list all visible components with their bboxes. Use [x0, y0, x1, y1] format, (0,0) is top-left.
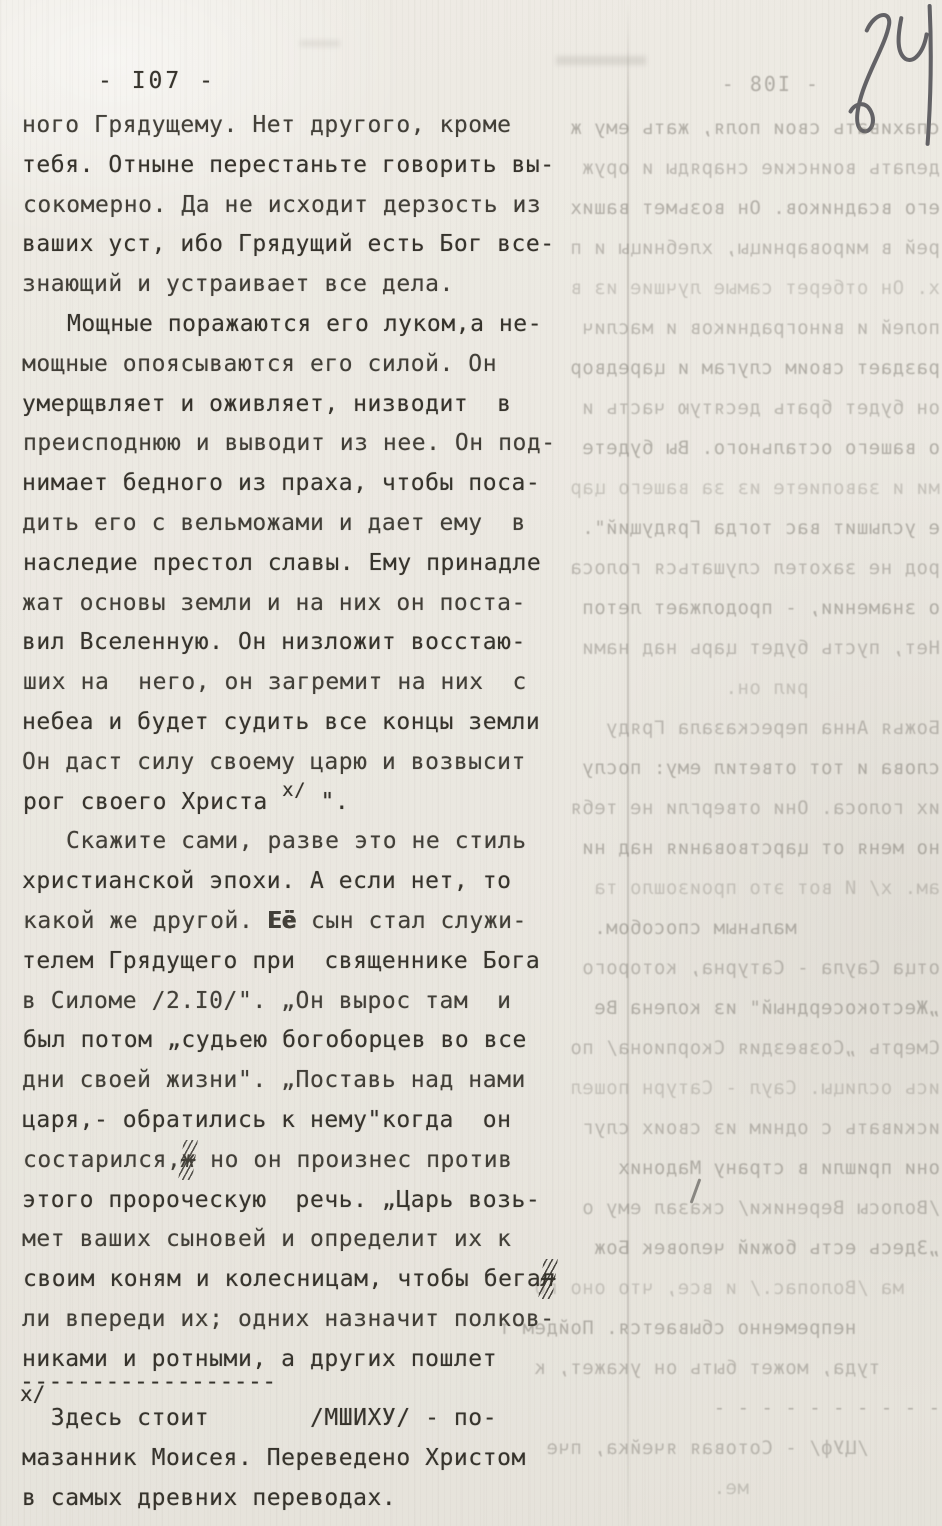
text-line: какой же другой. Её сын стал служи-	[23, 901, 603, 941]
text-line: Он даст силу своему царю и возвысит	[22, 742, 602, 782]
text-line: дить его с вельможами и дает ему в	[22, 503, 602, 543]
text-line: небеа и будет судить все концы земли	[22, 702, 602, 742]
text-line: вил Вселенную. Он низложит восстаю-	[22, 622, 602, 662]
text-line: ваших уст, ибо Грядущий есть Бог все-	[22, 224, 602, 264]
text-line: сокомерно. Да не исходит дерзость из	[23, 185, 603, 225]
text-line: наследие престол славы. Ему принадле	[23, 543, 603, 583]
footnote-line: мазанник Моисея. Переведено Христом	[22, 1438, 622, 1478]
text-line: нимает бедного из праха, чтобы поса-	[22, 463, 602, 503]
text-line: жат основы земли и на них он поста-	[22, 583, 602, 623]
page-number: - I07 -	[98, 68, 216, 94]
text-line: христианской эпохи. А если нет, то	[22, 861, 602, 901]
text-line: дни своей жизни". „Поставь над нами	[22, 1060, 602, 1100]
text-line: в Силоме /2.I0/". „Он вырос там и	[22, 981, 602, 1021]
typewritten-layer: - I07 - ного Грядущему. Нет другого, кро…	[0, 0, 942, 1526]
text-line: ших на него, он загремит на них с	[23, 662, 603, 702]
text-line: царя,- обратились к нему"когда он	[22, 1100, 602, 1140]
text-line: был потом „судьею богоборцев во все	[23, 1020, 603, 1060]
scanned-document-page: - I08 - спахивать свои поля, жать ему жд…	[0, 0, 942, 1526]
text-line: Мощные поражаются его луком,а не-	[23, 304, 647, 344]
footnote-separator: ------------------	[20, 1362, 276, 1402]
text-line: тебя. Отныне перестаньте говорить вы-	[22, 145, 602, 185]
footnote-line: Здесь стоит /МШИХУ/ - по-	[22, 1398, 622, 1438]
text-line: умерщвляет и оживляет, низводит в	[22, 384, 602, 424]
text-line: знающий и устраивает все дела.	[22, 264, 602, 304]
text-line: этого пророческую речь. „Царь возь-	[22, 1180, 602, 1220]
text-line: состарился,ж но он произнес против	[23, 1140, 603, 1180]
text-line: ли впереди их; одних назначит полков-	[22, 1299, 602, 1339]
text-line: мощные опоясываются его силой. Он	[22, 344, 602, 384]
text-line: телем Грядущего при священнике Бога	[22, 941, 602, 981]
text-line: рог своего Христа х/ ".	[23, 782, 603, 822]
footnote-line: в самых древних переводах.	[22, 1478, 622, 1518]
text-line: мет ваших сыновей и определит их к	[22, 1219, 602, 1259]
text-line: Скажите сами, разве это не стиль	[22, 821, 646, 861]
footnote: Здесь стоит /МШИХУ/ - по-мазанник Моисея…	[22, 1398, 622, 1518]
text-line: преисподнюю и выводит из нее. Он под-	[23, 423, 603, 463]
text-line: ного Грядущему. Нет другого, кроме	[22, 105, 602, 145]
text-line: своим коням и колесницам, чтобы бегал	[23, 1259, 603, 1299]
